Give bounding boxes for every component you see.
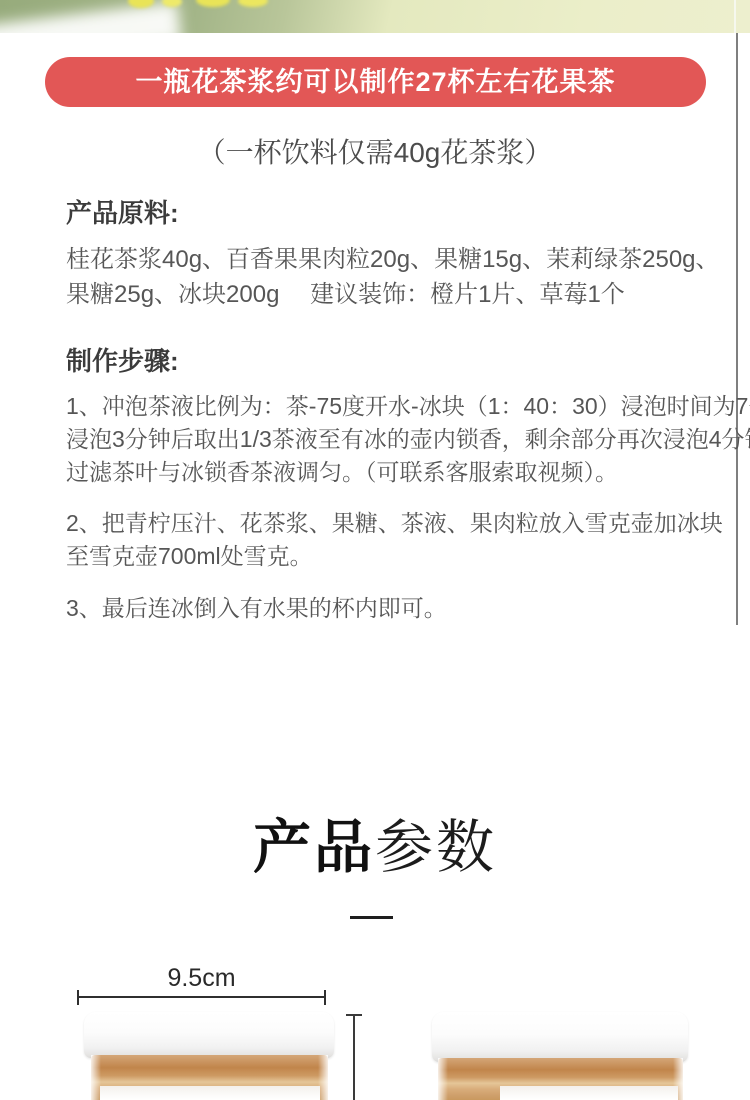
height-measure-line bbox=[353, 1015, 355, 1100]
section-title-product-specs: 产品参数 bbox=[0, 800, 750, 884]
glass-highlight bbox=[438, 1058, 448, 1100]
photo-highlight bbox=[0, 2, 182, 33]
yield-banner: 一瓶花茶浆约可以制作27杯左右花果茶 bbox=[45, 57, 706, 107]
section-title-light-part: 参数 bbox=[375, 815, 497, 880]
left-jar-label bbox=[100, 1086, 320, 1100]
width-measure-tick-left bbox=[77, 990, 79, 1005]
hero-photo-strip bbox=[0, 0, 750, 33]
steps-heading: 制作步骤: bbox=[66, 341, 179, 378]
osmanthus-flower-blob bbox=[238, 0, 268, 7]
left-jar-lid bbox=[84, 1012, 334, 1058]
step-1-line-1: 1、冲泡茶液比例为：茶-75度开水-冰块（1：40：30）浸泡时间为7分钟， bbox=[66, 388, 750, 421]
product-detail-page: 一瓶花茶浆约可以制作27杯左右花果茶 （一杯饮料仅需40g花茶浆） 产品原料: … bbox=[0, 0, 750, 1100]
step-1-line-3: 过滤茶叶与冰锁香茶液调匀。（可联系客服索取视频）。 bbox=[66, 454, 618, 487]
ingredients-line-2: 果糖25g、冰块200g 建议装饰：橙片1片、草莓1个 bbox=[66, 274, 625, 309]
title-divider-dash bbox=[350, 916, 393, 919]
right-jar-label bbox=[500, 1086, 678, 1100]
step-3-line-1: 3、最后连冰倒入有水果的杯内即可。 bbox=[66, 590, 447, 623]
width-measure-tick-right bbox=[324, 990, 326, 1005]
jar-width-dimension-label: 9.5cm bbox=[77, 964, 326, 993]
ingredients-line-1: 桂花茶浆40g、百香果果肉粒20g、果糖15g、茉莉绿茶250g、 bbox=[66, 239, 720, 274]
section-title-bold-part: 产品 bbox=[253, 815, 375, 880]
photo-edge-line bbox=[734, 0, 736, 33]
osmanthus-flower-blob bbox=[196, 0, 230, 7]
ingredients-heading: 产品原料: bbox=[66, 193, 179, 230]
serving-note: （一杯饮料仅需40g花茶浆） bbox=[0, 131, 750, 171]
step-2-line-2: 至雪克壶700ml处雪克。 bbox=[66, 538, 313, 571]
width-measure-line bbox=[77, 996, 326, 998]
step-2-line-1: 2、把青柠压汁、花茶浆、果糖、茶液、果肉粒放入雪克壶加冰块 bbox=[66, 505, 723, 538]
content-right-border bbox=[736, 33, 738, 625]
right-jar-lid bbox=[432, 1012, 688, 1062]
step-1-line-2: 浸泡3分钟后取出1/3茶液至有冰的壶内锁香，剩余部分再次浸泡4分钟后 bbox=[66, 421, 750, 454]
